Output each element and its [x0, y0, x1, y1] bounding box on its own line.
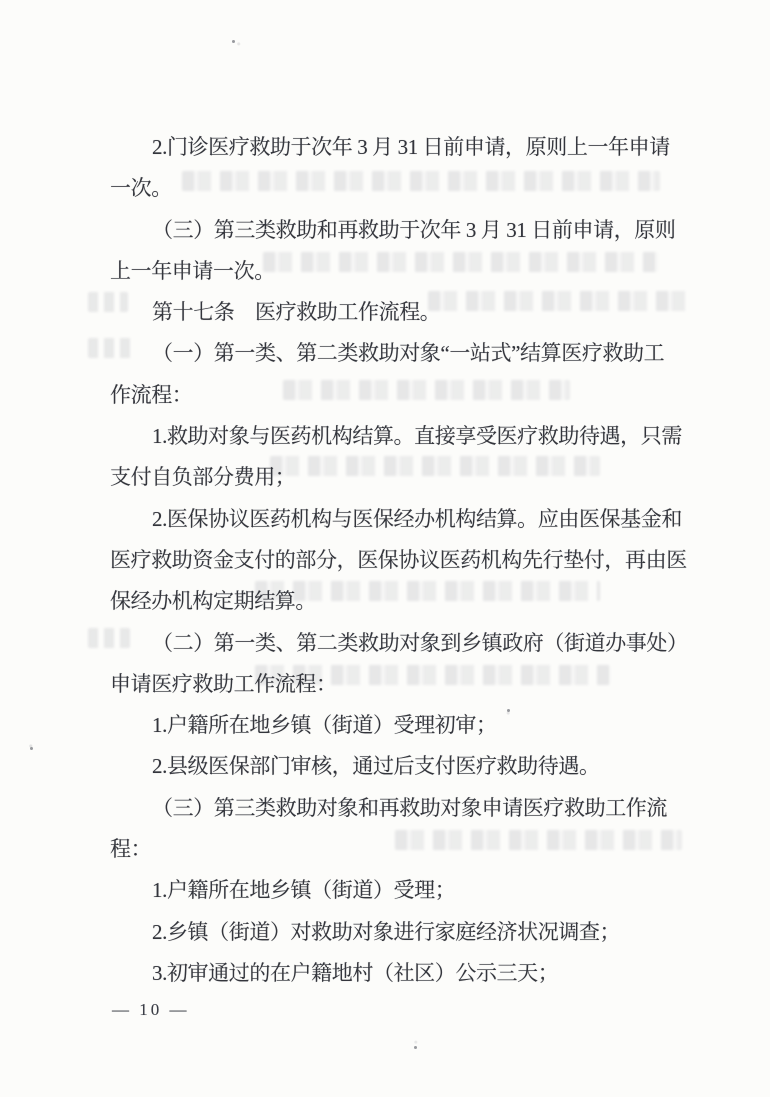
- text-line: 第十七条 医疗救助工作流程。: [110, 292, 700, 333]
- page-number: — 10 —: [112, 1000, 190, 1020]
- text-line: 2.县级医保部门审核，通过后支付医疗救助待遇。: [110, 746, 700, 787]
- text-line: 2.门诊医疗救助于次年 3 月 31 日前申请，原则上一年申请: [110, 127, 700, 168]
- text-line: 1.救助对象与医药机构结算。直接享受医疗救助待遇，只需: [110, 416, 700, 457]
- text-line: 作流程：: [110, 375, 700, 416]
- text-line: 保经办机构定期结算。: [110, 581, 700, 622]
- text-line: （三）第三类救助和再救助于次年 3 月 31 日前申请，原则: [110, 210, 700, 251]
- text-line: （三）第三类救助对象和再救助对象申请医疗救助工作流: [110, 788, 700, 829]
- text-line: 支付自负部分费用；: [110, 457, 700, 498]
- text-line: 申请医疗救助工作流程：: [110, 664, 700, 705]
- text-line: 2.医保协议医药机构与医保经办机构结算。应由医保基金和: [110, 499, 700, 540]
- text-line: 3.初审通过的在户籍地村（社区）公示三天；: [110, 953, 700, 994]
- text-line: （二）第一类、第二类救助对象到乡镇政府（街道办事处）: [110, 623, 700, 664]
- text-line: 上一年申请一次。: [110, 251, 700, 292]
- text-line: 2.乡镇（街道）对救助对象进行家庭经济状况调查；: [110, 912, 700, 953]
- document-page: 2.门诊医疗救助于次年 3 月 31 日前申请，原则上一年申请一次。（三）第三类…: [0, 0, 770, 1097]
- scan-speck: [30, 747, 33, 750]
- body-text: 2.门诊医疗救助于次年 3 月 31 日前申请，原则上一年申请一次。（三）第三类…: [110, 127, 700, 994]
- text-line: （一）第一类、第二类救助对象“一站式”结算医疗救助工: [110, 333, 700, 374]
- text-line: 1.户籍所在地乡镇（街道）受理初审；: [110, 705, 700, 746]
- text-line: 1.户籍所在地乡镇（街道）受理；: [110, 870, 700, 911]
- text-line: 医疗救助资金支付的部分，医保协议医药机构先行垫付，再由医: [110, 540, 700, 581]
- scan-speck: [414, 1046, 417, 1049]
- text-line: 程：: [110, 829, 700, 870]
- text-line: 一次。: [110, 168, 700, 209]
- scan-speck: [232, 40, 235, 43]
